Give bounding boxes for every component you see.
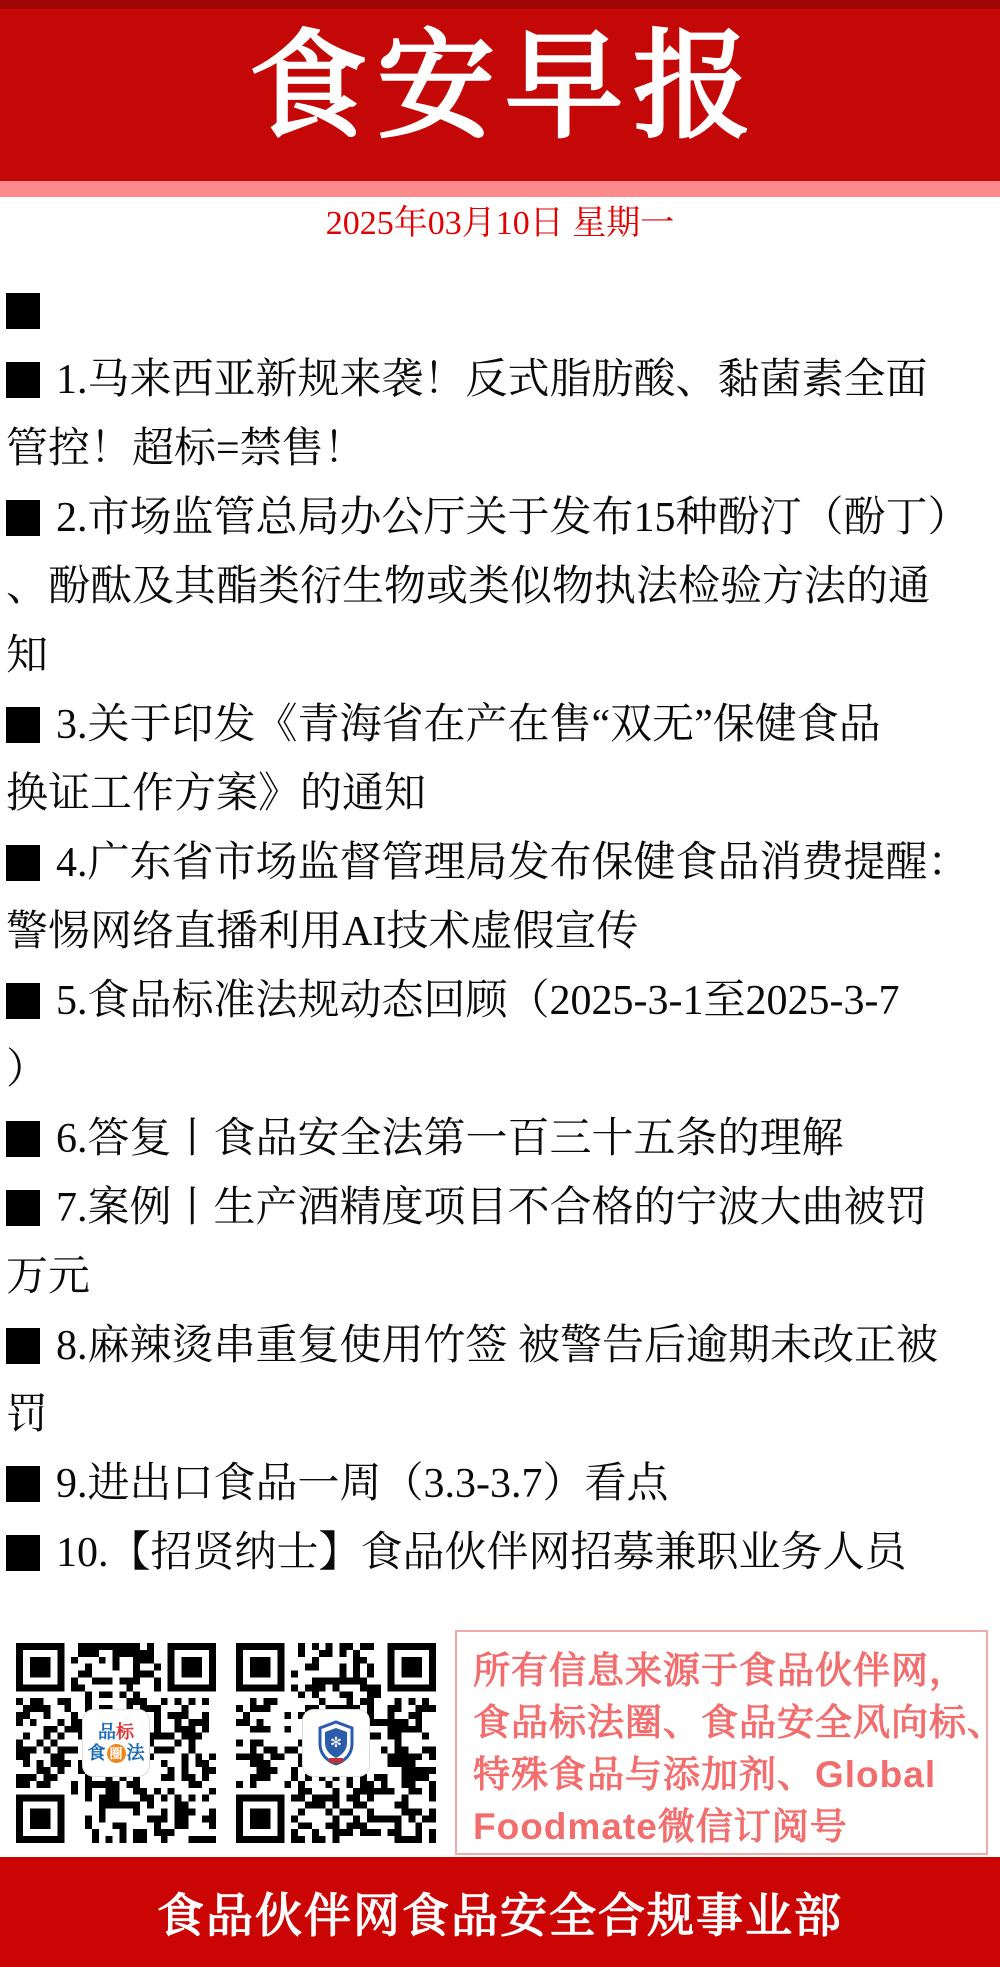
logo-char: 法 <box>127 1743 145 1764</box>
source-info-box: 所有信息来源于食品伙伴网， 食品标法圈、食品安全风向标、 特殊食品与添加剂、Gl… <box>455 1630 988 1855</box>
bullet-square-icon <box>6 362 40 398</box>
news-item: 10.【招贤纳士】食品伙伴网招募兼职业务人员 <box>6 1519 1000 1588</box>
news-item: 4.广东省市场监督管理局发布保健食品消费提醒：警惕网络直播利用AI技术虚假宣传 <box>6 829 1000 967</box>
shield-icon: ✻ <box>316 1720 356 1766</box>
footer-title: 食品伙伴网食品安全合规事业部 <box>157 1879 843 1946</box>
source-line: 特殊食品与添加剂、Global <box>473 1749 986 1801</box>
newsletter-page: 食安早报 2025年03月10日 星期一 1.马来西亚新规来袭！反式脂肪酸、黏菌… <box>0 0 1000 1967</box>
news-line: 警惕网络直播利用AI技术虚假宣传 <box>6 898 1000 967</box>
news-item: 3.关于印发《青海省在产在售“双无”保健食品换证工作方案》的通知 <box>6 691 1000 829</box>
source-line: 食品标法圈、食品安全风向标、 <box>473 1697 986 1749</box>
news-line: 1.马来西亚新规来袭！反式脂肪酸、黏菌素全面 <box>6 346 1000 415</box>
foodlaw-logo: 品标 食圈法 <box>82 1709 150 1777</box>
bullet-square-icon <box>6 293 40 329</box>
logo-char: 圈 <box>107 1744 126 1763</box>
news-line: 6.答复丨食品安全法第一百三十五条的理解 <box>6 1105 1000 1174</box>
news-item <box>6 277 1000 346</box>
bullet-square-icon <box>6 1121 40 1157</box>
news-line: 5.食品标准法规动态回顾（2025-3-1至2025-3-7 <box>6 967 1000 1036</box>
news-item: 8.麻辣烫串重复使用竹签 被警告后逾期未改正被罚 <box>6 1312 1000 1450</box>
logo-char: 标 <box>116 1722 134 1743</box>
foodmate-shield-logo: ✻ <box>302 1709 370 1777</box>
news-line: 3.关于印发《青海省在产在售“双无”保健食品 <box>6 691 1000 760</box>
svg-text:✻: ✻ <box>330 1735 342 1751</box>
news-line: 7.案例丨生产酒精度项目不合格的宁波大曲被罚 <box>6 1174 1000 1243</box>
bullet-square-icon <box>6 500 40 536</box>
news-line: 2.市场监管总局办公厅关于发布15种酚汀（酚丁） <box>6 484 1000 553</box>
news-line: 、酚酞及其酯类衍生物或类似物执法检验方法的通 <box>6 553 1000 622</box>
news-line: 万元 <box>6 1243 1000 1312</box>
date-line: 2025年03月10日 星期一 <box>0 200 1000 248</box>
news-item: 9.进出口食品一周（3.3-3.7）看点 <box>6 1450 1000 1519</box>
news-line: 10.【招贤纳士】食品伙伴网招募兼职业务人员 <box>6 1519 1000 1588</box>
masthead: 食安早报 <box>0 0 1000 181</box>
source-line: Foodmate微信订阅号 <box>473 1801 986 1853</box>
news-line: ） <box>6 1036 1000 1105</box>
source-line: 所有信息来源于食品伙伴网， <box>473 1645 986 1697</box>
news-line: 管控！超标=禁售！ <box>6 415 1000 484</box>
bullet-square-icon <box>6 845 40 881</box>
news-item: 1.马来西亚新规来袭！反式脂肪酸、黏菌素全面管控！超标=禁售！ <box>6 346 1000 484</box>
bullet-square-icon <box>6 983 40 1019</box>
logo-char: 品 <box>98 1722 116 1743</box>
qr-code-foodmate: ✻ <box>236 1643 436 1843</box>
news-line: 换证工作方案》的通知 <box>6 760 1000 829</box>
bullet-square-icon <box>6 1466 40 1502</box>
news-line <box>6 277 1000 346</box>
news-item: 7.案例丨生产酒精度项目不合格的宁波大曲被罚万元 <box>6 1174 1000 1312</box>
news-item: 6.答复丨食品安全法第一百三十五条的理解 <box>6 1105 1000 1174</box>
page-title: 食安早报 <box>239 28 761 146</box>
bullet-square-icon <box>6 1535 40 1571</box>
pink-divider-strip <box>0 181 1000 197</box>
news-line: 知 <box>6 622 1000 691</box>
foodlaw-logo-row: 食圈法 <box>88 1743 145 1764</box>
news-line: 罚 <box>6 1381 1000 1450</box>
qr-code-foodlaw: 品标 食圈法 <box>16 1643 216 1843</box>
news-list: 1.马来西亚新规来袭！反式脂肪酸、黏菌素全面管控！超标=禁售！2.市场监管总局办… <box>6 277 1000 1588</box>
news-line: 9.进出口食品一周（3.3-3.7）看点 <box>6 1450 1000 1519</box>
bullet-square-icon <box>6 707 40 743</box>
bullet-square-icon <box>6 1190 40 1226</box>
bullet-square-icon <box>6 1328 40 1364</box>
news-item: 2.市场监管总局办公厅关于发布15种酚汀（酚丁）、酚酞及其酯类衍生物或类似物执法… <box>6 484 1000 691</box>
news-line: 8.麻辣烫串重复使用竹签 被警告后逾期未改正被 <box>6 1312 1000 1381</box>
news-line: 4.广东省市场监督管理局发布保健食品消费提醒： <box>6 829 1000 898</box>
logo-char: 食 <box>88 1743 106 1764</box>
news-item: 5.食品标准法规动态回顾（2025-3-1至2025-3-7） <box>6 967 1000 1105</box>
foodlaw-logo-row: 品标 <box>98 1722 134 1743</box>
footer-bar: 食品伙伴网食品安全合规事业部 <box>0 1857 1000 1967</box>
